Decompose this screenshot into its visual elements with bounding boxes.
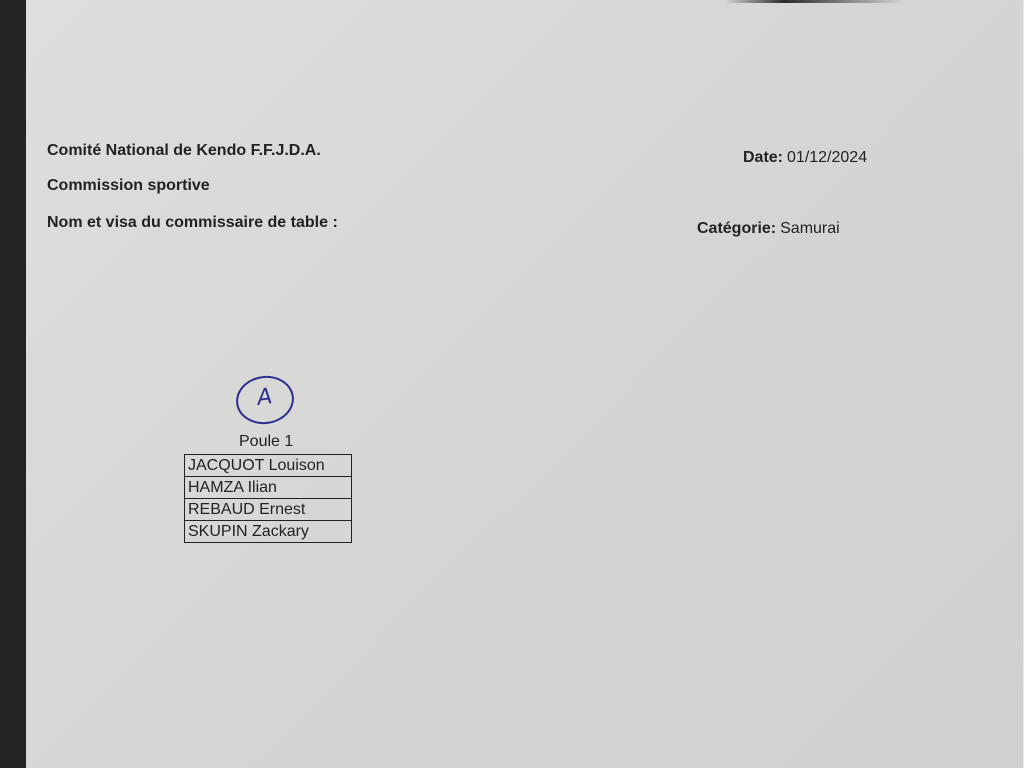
table-row: HAMZA Ilian	[185, 477, 352, 499]
paper-top-edge	[26, 0, 1024, 3]
category-field: Catégorie:Samurai	[697, 220, 840, 238]
table-row: REBAUD Ernest	[185, 499, 352, 521]
category-value: Samurai	[780, 220, 840, 237]
competitor-name: JACQUOT Louison	[185, 455, 352, 477]
competitor-name: SKUPIN Zackary	[185, 521, 352, 543]
date-field: Date:01/12/2024	[743, 149, 867, 167]
competitor-name: HAMZA Ilian	[185, 477, 352, 499]
date-value: 01/12/2024	[787, 149, 867, 166]
competitor-name: REBAUD Ernest	[185, 499, 352, 521]
commission-name: Commission sportive	[47, 177, 210, 195]
table-row: SKUPIN Zackary	[185, 521, 352, 543]
date-label: Date:	[743, 149, 783, 166]
organization-name: Comité National de Kendo F.F.J.D.A.	[47, 142, 321, 160]
pool-table: JACQUOT Louison HAMZA Ilian REBAUD Ernes…	[184, 454, 352, 543]
paper-sheet	[26, 0, 1024, 768]
commissaire-label: Nom et visa du commissaire de table :	[47, 214, 338, 232]
table-row: JACQUOT Louison	[185, 455, 352, 477]
handwritten-letter: A	[236, 381, 293, 413]
pool-title: Poule 1	[239, 433, 293, 451]
category-label: Catégorie:	[697, 220, 776, 237]
